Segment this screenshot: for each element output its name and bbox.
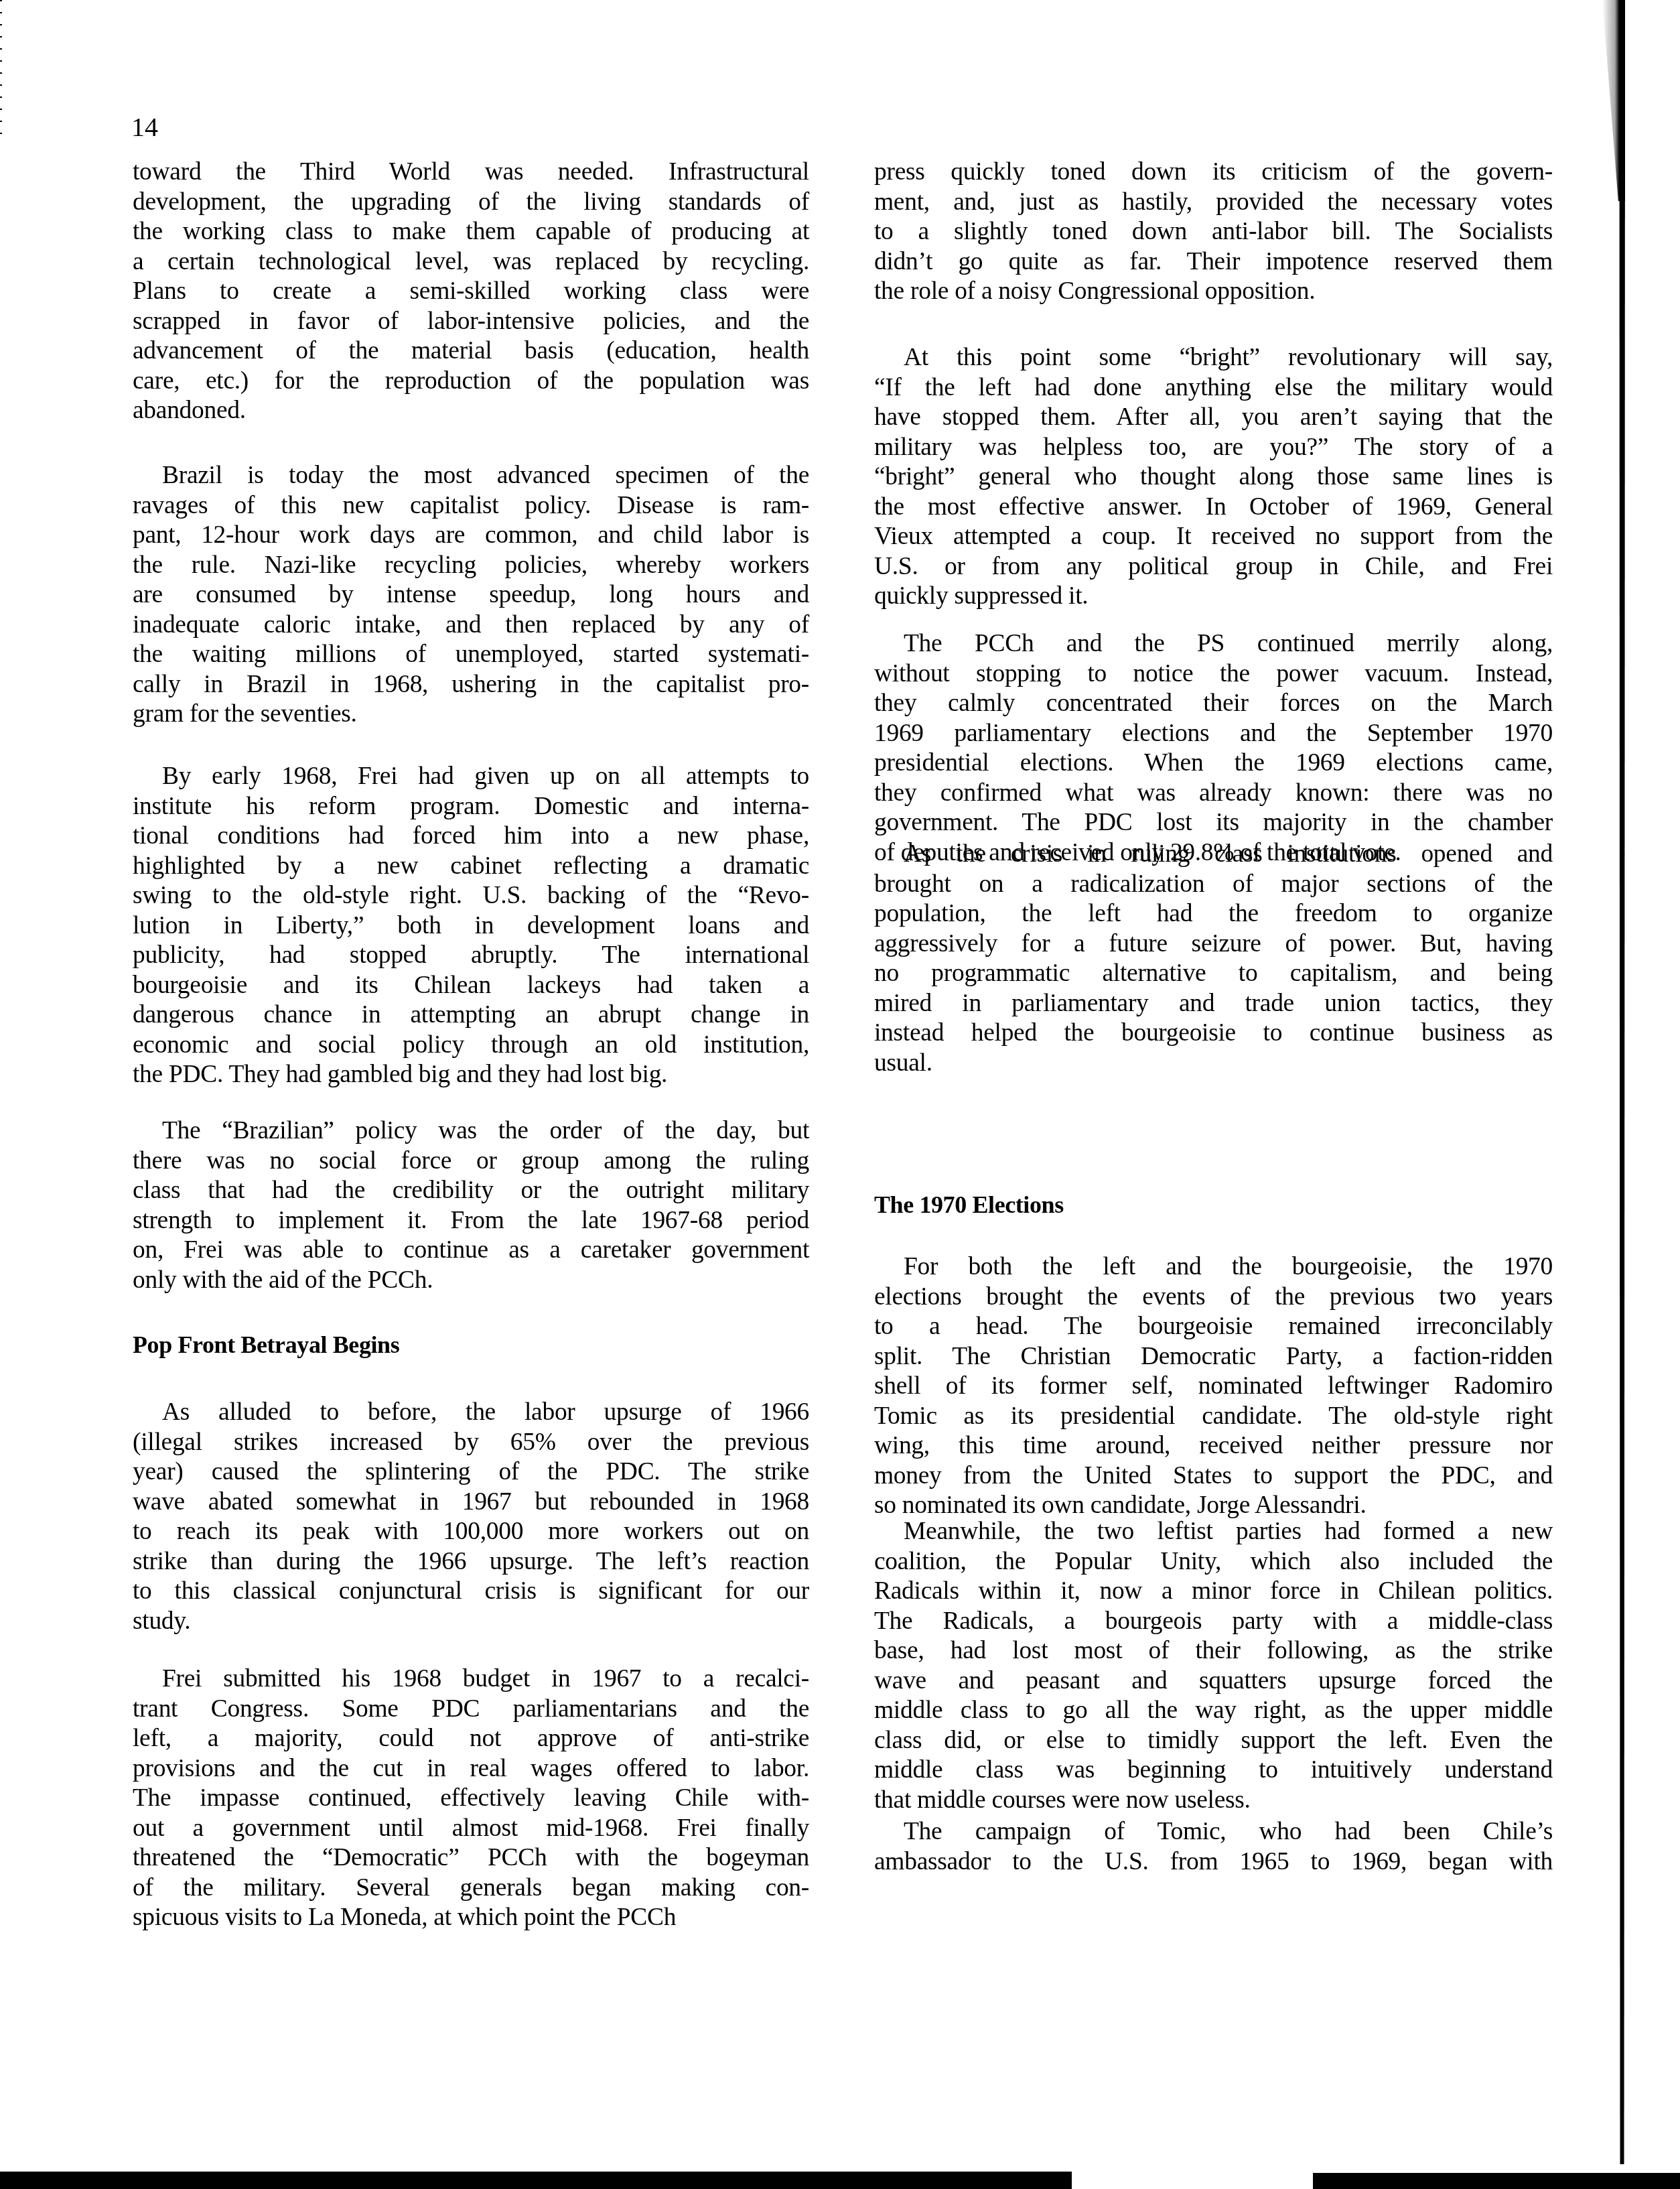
text-line: dangerous chance in attempting an abrupt… bbox=[133, 1000, 809, 1030]
text-line: have stopped them. After all, you aren’t… bbox=[874, 403, 1553, 432]
text-line: a certain technological level, was repla… bbox=[133, 247, 809, 277]
text-line: The Radicals, a bourgeois party with a m… bbox=[874, 1607, 1553, 1636]
text-line: The “Brazilian” policy was the order of … bbox=[133, 1116, 809, 1146]
text-line: 1969 parliamentary elections and the Sep… bbox=[874, 719, 1553, 748]
text-line: Tomic as its presidential candidate. The… bbox=[874, 1402, 1553, 1431]
text-line: they confirmed what was already known: t… bbox=[874, 779, 1553, 808]
text-line: As the crisis in ruling class institutio… bbox=[874, 840, 1553, 869]
text-line: trant Congress. Some PDC parliamentarian… bbox=[133, 1695, 809, 1724]
text-line: institute his reform program. Domestic a… bbox=[133, 792, 809, 821]
text-line: For both the left and the bourgeoisie, t… bbox=[874, 1252, 1553, 1282]
text-line: tional conditions had forced him into a … bbox=[133, 821, 809, 851]
text-line: middle class was beginning to intuitivel… bbox=[874, 1755, 1553, 1785]
scan-bottom-edge-gap bbox=[1072, 2175, 1313, 2189]
text-line: class that had the credibility or the ou… bbox=[133, 1176, 809, 1205]
scan-bottom-edge-right bbox=[1313, 2173, 1680, 2189]
text-line: split. The Christian Democratic Party, a… bbox=[874, 1342, 1553, 1372]
text-line: that middle courses were now useless. bbox=[874, 1786, 1553, 1815]
text-line: on, Frei was able to continue as a caret… bbox=[133, 1236, 809, 1265]
text-line: military was helpless too, are you?” The… bbox=[874, 433, 1553, 462]
text-line: Radicals within it, now a minor force in… bbox=[874, 1577, 1553, 1606]
text-line: The impasse continued, effectively leavi… bbox=[133, 1784, 809, 1813]
text-line: bourgeoisie and its Chilean lackeys had … bbox=[133, 971, 809, 1000]
text-line: Frei submitted his 1968 budget in 1967 t… bbox=[133, 1664, 809, 1694]
text-line: advancement of the material basis (educa… bbox=[133, 336, 809, 366]
text-line: Brazil is today the most advanced specim… bbox=[133, 461, 809, 490]
text-line: the waiting millions of unemployed, star… bbox=[133, 640, 809, 669]
text-line: As alluded to before, the labor upsurge … bbox=[133, 1398, 809, 1427]
text-line: to a head. The bourgeoisie remained irre… bbox=[874, 1312, 1553, 1341]
section-heading: The 1970 Elections bbox=[874, 1190, 1064, 1219]
text-line: Plans to create a semi-skilled working c… bbox=[133, 277, 809, 306]
text-line: there was no social force or group among… bbox=[133, 1146, 809, 1176]
text-line: middle class to go all the way right, as… bbox=[874, 1696, 1553, 1725]
text-line: presidential elections. When the 1969 el… bbox=[874, 748, 1553, 778]
text-line: the working class to make them capable o… bbox=[133, 217, 809, 247]
text-line: didn’t go quite as far. Their impotence … bbox=[874, 247, 1553, 277]
text-line: inadequate caloric intake, and then repl… bbox=[133, 610, 809, 640]
text-line: lution in Liberty,” both in development … bbox=[133, 911, 809, 941]
text-line: the most effective answer. In October of… bbox=[874, 492, 1553, 522]
text-line: (illegal strikes increased by 65% over t… bbox=[133, 1428, 809, 1457]
text-line: abandoned. bbox=[133, 396, 809, 425]
text-line: provisions and the cut in real wages off… bbox=[133, 1754, 809, 1784]
text-line: swing to the old-style right. U.S. backi… bbox=[133, 881, 809, 911]
text-line: The PCCh and the PS continued merrily al… bbox=[874, 629, 1553, 659]
text-line: ment, and, just as hastily, provided the… bbox=[874, 188, 1553, 217]
text-line: to this classical conjunctural crisis is… bbox=[133, 1577, 809, 1606]
section-heading: Pop Front Betrayal Begins bbox=[133, 1330, 399, 1359]
text-line: the role of a noisy Congressional opposi… bbox=[874, 277, 1553, 306]
text-line: cally in Brazil in 1968, ushering in the… bbox=[133, 670, 809, 700]
scan-edge-specks bbox=[0, 0, 2, 134]
text-line: By early 1968, Frei had given up on all … bbox=[133, 762, 809, 791]
text-line: to a slightly toned down anti-labor bill… bbox=[874, 217, 1553, 247]
text-line: coalition, the Popular Unity, which also… bbox=[874, 1547, 1553, 1577]
text-line: study. bbox=[133, 1607, 809, 1636]
text-line: scrapped in favor of labor-intensive pol… bbox=[133, 307, 809, 336]
text-line: instead helped the bourgeoisie to contin… bbox=[874, 1018, 1553, 1048]
text-line: elections brought the events of the prev… bbox=[874, 1282, 1553, 1312]
text-line: strike than during the 1966 upsurge. The… bbox=[133, 1547, 809, 1577]
text-line: without stopping to notice the power vac… bbox=[874, 659, 1553, 689]
text-line: threatened the “Democratic” PCCh with th… bbox=[133, 1843, 809, 1873]
text-line: pant, 12-hour work days are common, and … bbox=[133, 521, 809, 550]
text-line: government. The PDC lost its majority in… bbox=[874, 808, 1553, 838]
text-line: spicuous visits to La Moneda, at which p… bbox=[133, 1903, 809, 1932]
text-line: are consumed by intense speedup, long ho… bbox=[133, 580, 809, 610]
text-line: year) caused the splintering of the PDC.… bbox=[133, 1457, 809, 1487]
text-line: wave abated somewhat in 1967 but rebound… bbox=[133, 1487, 809, 1517]
page-number: 14 bbox=[131, 114, 158, 141]
text-line: “If the left had done anything else the … bbox=[874, 373, 1553, 403]
text-line: ravages of this new capitalist policy. D… bbox=[133, 491, 809, 521]
text-line: press quickly toned down its criticism o… bbox=[874, 157, 1553, 187]
text-line: Meanwhile, the two leftist parties had f… bbox=[874, 1517, 1553, 1546]
text-line: ambassador to the U.S. from 1965 to 1969… bbox=[874, 1847, 1553, 1877]
text-line: care, etc.) for the reproduction of the … bbox=[133, 367, 809, 396]
text-line: shell of its former self, nominated left… bbox=[874, 1372, 1553, 1401]
text-line: they calmly concentrated their forces on… bbox=[874, 689, 1553, 718]
text-line: brought on a radicalization of major sec… bbox=[874, 870, 1553, 899]
text-line: population, the left had the freedom to … bbox=[874, 899, 1553, 929]
text-line: of the military. Several generals began … bbox=[133, 1873, 809, 1903]
text-line: highlighted by a new cabinet reflecting … bbox=[133, 852, 809, 881]
text-line: economic and social policy through an ol… bbox=[133, 1031, 809, 1060]
text-line: The campaign of Tomic, who had been Chil… bbox=[874, 1817, 1553, 1847]
text-line: usual. bbox=[874, 1049, 1553, 1078]
text-line: only with the aid of the PCCh. bbox=[133, 1266, 809, 1295]
text-line: “bright” general who thought along those… bbox=[874, 462, 1553, 492]
text-line: strength to implement it. From the late … bbox=[133, 1206, 809, 1236]
text-line: to reach its peak with 100,000 more work… bbox=[133, 1517, 809, 1546]
text-line: the rule. Nazi-like recycling policies, … bbox=[133, 551, 809, 580]
document-page: 14 toward the Third World was needed. In… bbox=[0, 0, 1680, 2189]
text-line: mired in parliamentary and trade union t… bbox=[874, 989, 1553, 1018]
text-line: quickly suppressed it. bbox=[874, 582, 1553, 611]
text-line: class did, or else to timidly support th… bbox=[874, 1726, 1553, 1755]
text-line: the PDC. They had gambled big and they h… bbox=[133, 1060, 809, 1089]
text-line: Vieux attempted a coup. It received no s… bbox=[874, 522, 1553, 551]
text-line: aggressively for a future seizure of pow… bbox=[874, 929, 1553, 959]
text-line: base, had lost most of their following, … bbox=[874, 1636, 1553, 1666]
text-line: U.S. or from any political group in Chil… bbox=[874, 552, 1553, 582]
text-line: toward the Third World was needed. Infra… bbox=[133, 157, 809, 187]
scan-binding-edge bbox=[1618, 0, 1625, 2164]
text-line: publicity, had stopped abruptly. The int… bbox=[133, 941, 809, 970]
text-line: out a government until almost mid-1968. … bbox=[133, 1814, 809, 1843]
text-line: development, the upgrading of the living… bbox=[133, 188, 809, 217]
text-line: At this point some “bright” revolutionar… bbox=[874, 343, 1553, 373]
scan-bottom-edge-left bbox=[0, 2172, 1072, 2189]
text-line: wave and peasant and squatters upsurge f… bbox=[874, 1666, 1553, 1696]
text-line: no programmatic alternative to capitalis… bbox=[874, 959, 1553, 988]
text-line: wing, this time around, received neither… bbox=[874, 1431, 1553, 1461]
text-line: so nominated its own candidate, Jorge Al… bbox=[874, 1491, 1553, 1520]
text-line: gram for the seventies. bbox=[133, 700, 809, 729]
text-line: left, a majority, could not approve of a… bbox=[133, 1724, 809, 1753]
text-line: money from the United States to support … bbox=[874, 1461, 1553, 1491]
